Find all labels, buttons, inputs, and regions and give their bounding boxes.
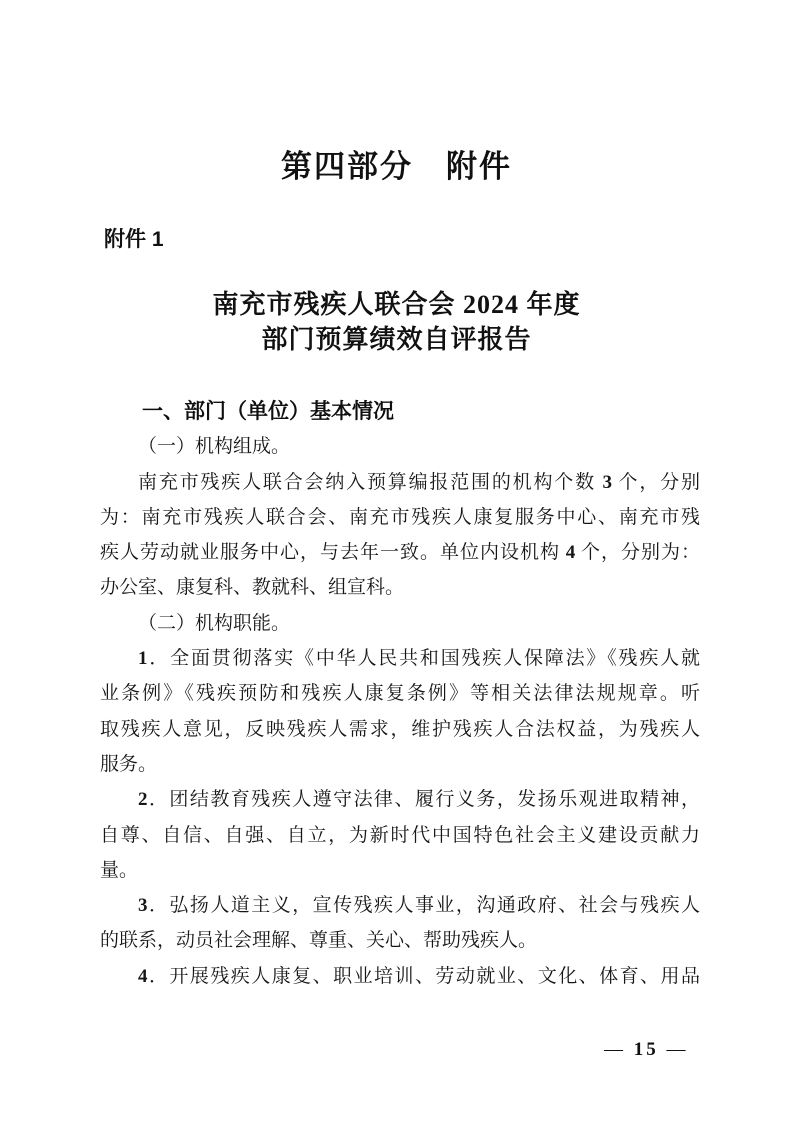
- body-line: 的联系，动员社会理解、尊重、关心、帮助残疾人。: [100, 923, 700, 958]
- body-line: 3．弘扬人道主义，宣传残疾人事业，沟通政府、社会与残疾人: [100, 888, 700, 923]
- body-line: 自尊、自信、自强、自立，为新时代中国特色社会主义建设贡献力: [100, 818, 700, 853]
- report-title: 南充市残疾人联合会 2024 年度 部门预算绩效自评报告: [0, 287, 793, 357]
- document-page: 第四部分 附件 附件 1 南充市残疾人联合会 2024 年度 部门预算绩效自评报…: [0, 0, 793, 1122]
- body-line: 2．团结教育残疾人遵守法律、履行义务，发扬乐观进取精神，: [100, 782, 700, 817]
- body-line: 服务。: [100, 747, 700, 782]
- body-line: 业条例》《残疾预防和残疾人康复条例》等相关法律法规规章。听: [100, 676, 700, 711]
- body-line: 南充市残疾人联合会纳入预算编报范围的机构个数 3 个，分别: [100, 465, 700, 500]
- section-heading-basic-situation: 一、部门（单位）基本情况: [100, 394, 700, 429]
- document-body: 一、部门（单位）基本情况 （一）机构组成。 南充市残疾人联合会纳入预算编报范围的…: [100, 394, 700, 994]
- body-line: 取残疾人意见，反映残疾人需求，维护残疾人合法权益，为残疾人: [100, 712, 700, 747]
- report-title-line1: 南充市残疾人联合会 2024 年度: [0, 287, 793, 322]
- report-title-line2: 部门预算绩效自评报告: [0, 322, 793, 357]
- body-line: 为：南充市残疾人联合会、南充市残疾人康复服务中心、南充市残: [100, 500, 700, 535]
- body-line: 1．全面贯彻落实《中华人民共和国残疾人保障法》《残疾人就: [100, 641, 700, 676]
- attachment-label: 附件 1: [104, 223, 164, 253]
- body-line: 办公室、康复科、教就科、组宣科。: [100, 570, 700, 605]
- page-number: — 15 —: [604, 1039, 689, 1061]
- body-line: 疾人劳动就业服务中心，与去年一致。单位内设机构 4 个，分别为：: [100, 535, 700, 570]
- subsection-org-functions: （二）机构职能。: [100, 606, 700, 641]
- body-line: 量。: [100, 853, 700, 888]
- subsection-org-composition: （一）机构组成。: [100, 429, 700, 464]
- part-title: 第四部分 附件: [0, 141, 793, 186]
- body-line: 4．开展残疾人康复、职业培训、劳动就业、文化、体育、用品: [100, 959, 700, 994]
